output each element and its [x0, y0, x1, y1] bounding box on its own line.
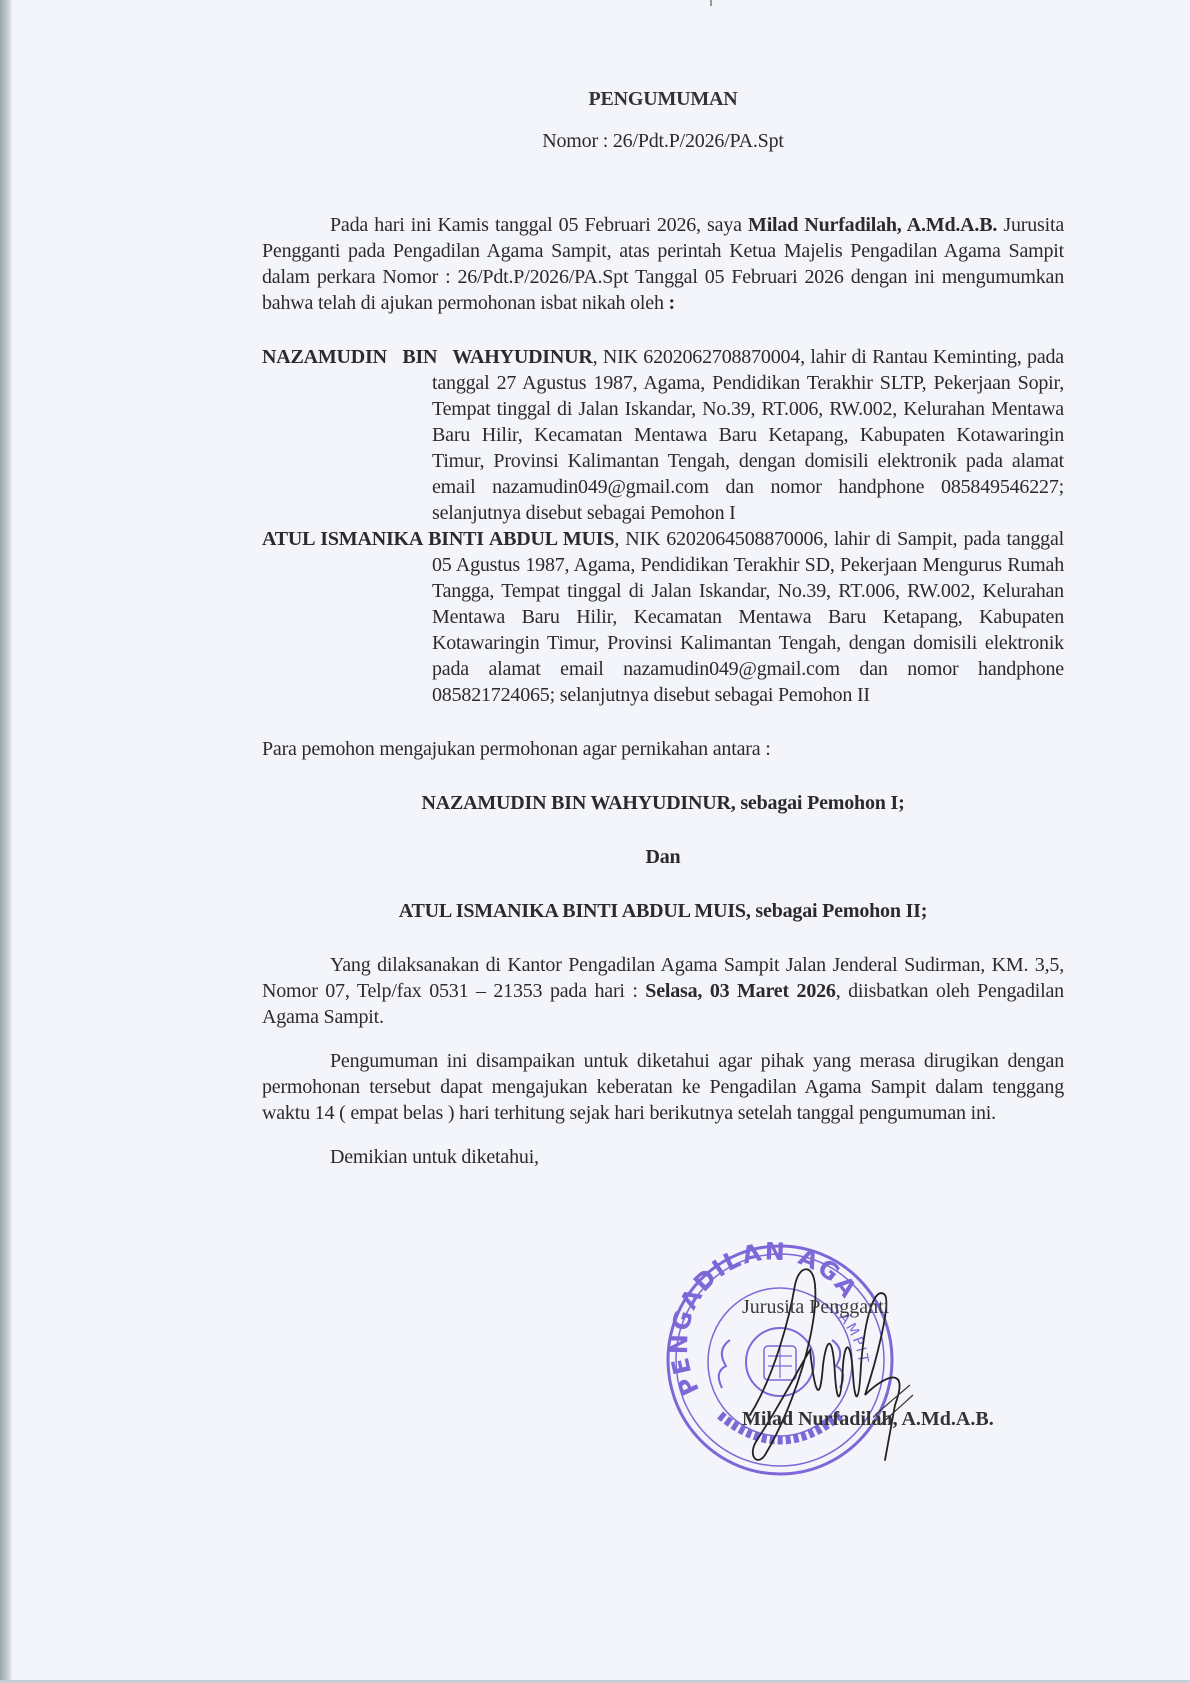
scan-mark	[710, 0, 712, 6]
signatory-role: Jurusita Pengganti	[742, 1296, 1072, 1319]
intro-paragraph: Pada hari ini Kamis tanggal 05 Februari …	[262, 212, 1064, 316]
document-number: Nomor : 26/Pdt.P/2026/PA.Spt	[262, 128, 1064, 154]
applicant-1-name: NAZAMUDIN BIN WAHYUDINUR	[262, 346, 593, 368]
between-text: Para pemohon mengajukan permohonan agar …	[262, 736, 1064, 762]
official-name: Milad Nurfadilah, A.Md.A.B.	[748, 214, 997, 236]
party-line-2: ATUL ISMANIKA BINTI ABDUL MUIS, sebagai …	[262, 898, 1064, 924]
applicant-2-details: , NIK 6202064508870006, lahir di Sampit,…	[432, 528, 1064, 706]
intro-colon: :	[669, 292, 675, 314]
applicant-1: NAZAMUDIN BIN WAHYUDINUR, NIK 6202062708…	[262, 344, 1064, 526]
applicant-2-name: ATUL ISMANIKA BINTI ABDUL MUIS	[262, 528, 614, 550]
scan-edge-left	[0, 0, 12, 1683]
intro-prefix: Pada hari ini Kamis tanggal 05 Februari …	[330, 214, 748, 236]
announcement-document: PENGUMUMAN Nomor : 26/Pdt.P/2026/PA.Spt …	[262, 86, 1064, 1170]
document-title: PENGUMUMAN	[262, 86, 1064, 112]
dan-line: Dan	[262, 844, 1064, 870]
hearing-date: Selasa, 03 Maret 2026	[645, 980, 835, 1002]
applicant-2: ATUL ISMANIKA BINTI ABDUL MUIS, NIK 6202…	[262, 526, 1064, 708]
applicant-1-details: , NIK 6202062708870004, lahir di Rantau …	[432, 346, 1064, 524]
notice-paragraph: Pengumuman ini disampaikan untuk diketah…	[262, 1048, 1064, 1126]
signatory-name: Milad Nurfadilah, A.Md.A.B.	[742, 1408, 994, 1431]
signature-block: Jurusita Pengganti Milad Nurfadilah, A.M…	[742, 1296, 1072, 1319]
execution-paragraph: Yang dilaksanakan di Kantor Pengadilan A…	[262, 952, 1064, 1030]
party-line-1: NAZAMUDIN BIN WAHYUDINUR, sebagai Pemoho…	[262, 790, 1064, 816]
closing-text: Demikian untuk diketahui,	[262, 1144, 1064, 1170]
handwritten-signature-icon	[735, 1255, 925, 1465]
